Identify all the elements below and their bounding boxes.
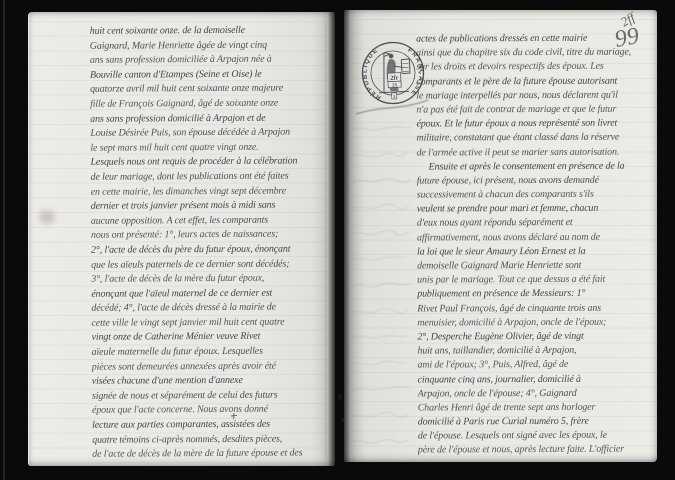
manuscript-line: Louise Désirée Puis, son épouse décédée … bbox=[90, 125, 333, 141]
manuscript-line: le sept mars mil huit cent quatre vingt … bbox=[90, 140, 333, 156]
manuscript-line: de leur mariage, dont les publications o… bbox=[91, 169, 334, 185]
manuscript-line: militaire, constatant que étant classé d… bbox=[417, 131, 657, 146]
manuscript-line: huit ans, taillandier, domicilié à Arpaj… bbox=[417, 344, 657, 359]
ink-speck bbox=[338, 394, 342, 400]
manuscript-line: de l'armée active il peut se marier sans… bbox=[417, 145, 657, 160]
manuscript-line: ans sans profession domiciliée à Arpajon… bbox=[90, 52, 333, 68]
manuscript-line: signée de nous et séparément de celui de… bbox=[92, 388, 335, 404]
manuscript-line: huit cent soixante onze. de la demoisell… bbox=[90, 23, 333, 39]
register-page-right: RÉPUBLIQUE FRANÇAISE 2fr 2 bbox=[344, 10, 657, 462]
manuscript-line: nous ont présenté: 1°, leurs actes de na… bbox=[91, 228, 334, 244]
manuscript-line: unis par le mariage. Tout ce que dessus … bbox=[417, 273, 657, 288]
scanner-edge-line bbox=[3, 0, 5, 480]
manuscript-line: pièces sont demeurées annexées après avo… bbox=[92, 359, 335, 375]
manuscript-line: Bouville canton d'Etampes (Seine et Oise… bbox=[90, 67, 333, 83]
manuscript-line: de l'acte de décès de la mère de la futu… bbox=[92, 446, 335, 462]
manuscript-line: successivement à chacun des comparants s… bbox=[417, 188, 657, 203]
right-page-text: actes de publications dressés en cette m… bbox=[416, 31, 657, 458]
manuscript-line: 2°, Desperche Eugène Olivier, âgé de vin… bbox=[417, 329, 657, 344]
manuscript-line: le mariage interpellés par nous, nous dé… bbox=[416, 88, 656, 103]
manuscript-line: veulent se prendre pour mari et femme, c… bbox=[417, 202, 657, 217]
manuscript-line: cinquante cinq ans, journalier, domicili… bbox=[418, 372, 657, 387]
register-page-left: huit cent soixante onze. de la demoisell… bbox=[28, 12, 335, 466]
manuscript-line: en cette mairie, les dimanches vingt sep… bbox=[91, 184, 334, 200]
manuscript-line: n'a pas été fait de contrat de mariage e… bbox=[416, 102, 656, 117]
manuscript-line: vingt onze de Catherine Ménier veuve Riv… bbox=[92, 330, 335, 346]
manuscript-line: comparants et le père de la future épous… bbox=[416, 74, 656, 89]
manuscript-line: 2°, l'acte de décès du père du futur épo… bbox=[91, 242, 334, 258]
folio-annotation: 2ff 99 bbox=[595, 12, 655, 66]
manuscript-line: Ensuite et après le consentement en prés… bbox=[417, 159, 657, 174]
manuscript-line: aucune opposition. A cet effet, les comp… bbox=[91, 213, 334, 229]
left-page-text: huit cent soixante onze. de la demoisell… bbox=[90, 23, 335, 462]
manuscript-line: la loi que le sieur Amaury Léon Ernest e… bbox=[417, 244, 657, 259]
manuscript-line: époux. Et le futur époux a nous représen… bbox=[416, 117, 656, 132]
manuscript-line: publiquement en présence de Messieurs: 1… bbox=[417, 287, 657, 302]
manuscript-line: de l'épouse. Lesquels ont signé avec les… bbox=[418, 429, 657, 444]
manuscript-line: que les aïeuls paternels de ce dernier s… bbox=[91, 257, 334, 273]
manuscript-line: lecture aux parties comparantes, assisté… bbox=[92, 417, 335, 433]
manuscript-line: dernier et trois janvier présent mois à … bbox=[91, 198, 334, 214]
manuscript-line: quatre témoins ci-après nommés, desdites… bbox=[92, 432, 335, 448]
manuscript-line: ans sans profession domicilié à Arpajon … bbox=[90, 111, 333, 127]
ink-cross-mark bbox=[230, 412, 238, 420]
manuscript-line: visées chacune d'une mention d'annexe bbox=[92, 374, 335, 390]
manuscript-line: décédé; 4°, l'acte de décès dressé à la … bbox=[91, 301, 334, 317]
manuscript-line: ami de l'époux; 3°, Puis, Alfred, âgé de bbox=[417, 358, 657, 373]
manuscript-line: Gaignard, Marie Henriette âgée de vingt … bbox=[90, 38, 333, 54]
manuscript-line: aïeule maternelle du futur époux. Lesque… bbox=[92, 344, 335, 360]
manuscript-line: d'eux nous ayant répondu séparément et bbox=[417, 216, 657, 231]
manuscript-line: père de l'épouse et nous, après lecture … bbox=[418, 443, 657, 458]
stamp-value-plaque: 2fr 25 1 bbox=[388, 73, 402, 100]
manuscript-line: énonçant que l'aïeul maternel de ce dern… bbox=[91, 286, 334, 302]
manuscript-line: quatorze avril mil huit cent soixante on… bbox=[90, 82, 333, 98]
manuscript-line: époux que l'acte concerne. Nous avons do… bbox=[92, 403, 335, 419]
manuscript-line: affirmativement, nous avons déclaré au n… bbox=[417, 230, 657, 245]
stamp-value-bottom: 25 bbox=[392, 83, 398, 88]
manuscript-line: Lesquels nous ont requis de procéder à l… bbox=[90, 155, 333, 171]
ink-smudge bbox=[39, 210, 55, 224]
manuscript-line: demoiselle Gaignard Marie Henriette sont bbox=[417, 258, 657, 273]
stamp-value-top: 2fr bbox=[390, 75, 399, 82]
manuscript-line: Arpajon, oncle de l'épouse; 4°, Gaignard bbox=[418, 386, 657, 401]
manuscript-line: Rivet Paul François, âgé de cinquante tr… bbox=[417, 301, 657, 316]
ink-speck bbox=[341, 418, 344, 422]
scanned-register-spread: huit cent soixante onze. de la demoisell… bbox=[0, 0, 675, 480]
manuscript-line: menuisier, domicilié à Arpajon, oncle de… bbox=[417, 315, 657, 330]
folio-number: 99 bbox=[613, 23, 641, 54]
manuscript-line: domicilié à Paris rue Curial numéro 5, f… bbox=[418, 415, 657, 430]
manuscript-line: Charles Henri âgé de trente sept ans hor… bbox=[418, 400, 657, 415]
manuscript-line: cette ville le vingt sept janvier mil hu… bbox=[91, 315, 334, 331]
manuscript-line: 3°, l'acte de décès de la mère du futur … bbox=[91, 271, 334, 287]
manuscript-line: fille de François Gaignard, âgé de soixa… bbox=[90, 96, 333, 112]
manuscript-line: future épouse, ici présent, nous avons d… bbox=[417, 173, 657, 188]
